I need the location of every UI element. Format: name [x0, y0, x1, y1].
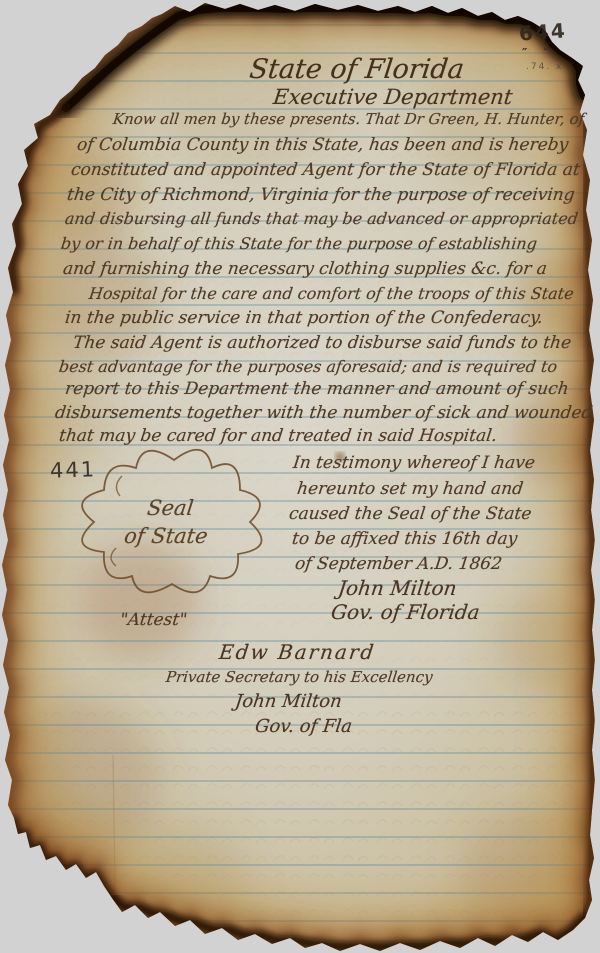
testimony-line: hereunto set my hand and [296, 481, 524, 498]
body-line: and furnishing the necessary clothing su… [62, 261, 548, 278]
body-line: Know all men by these presents. That Dr … [112, 112, 585, 127]
testimony-line: of September A.D. 1862 [294, 556, 503, 573]
document-page: 644 ″ ″ .74. x State of Florida Executiv… [0, 0, 600, 953]
body-line: report to this Department the manner and… [64, 381, 570, 398]
signature-governor-name: John Milton [337, 578, 458, 598]
signature2-name: John Milton [234, 693, 343, 711]
attest-label: "Attest" [119, 612, 188, 629]
body-line: The said Agent is authorized to disburse… [72, 335, 572, 352]
corner-pencil-note: .74. x [526, 62, 563, 72]
secretary-title: Private Secretary to his Excellency [165, 670, 433, 685]
archive-number: 441 [50, 457, 97, 483]
page-title: State of Florida [248, 56, 466, 83]
body-line: in the public service in that portion of… [64, 310, 544, 327]
testimony-line: In testimony whereof I have [292, 455, 536, 472]
testimony-line: to be affixed this 16th day [291, 531, 518, 548]
body-line: best advantage for the purposes aforesai… [58, 359, 558, 375]
body-line: disbursements together with the number o… [54, 405, 593, 422]
page-subtitle: Executive Department [272, 87, 514, 108]
testimony-line: caused the Seal of the State [288, 506, 532, 523]
signature-governor-title: Gov. of Florida [330, 602, 481, 622]
signature-secretary-name: Edw Barnard [218, 642, 377, 662]
signature2-title: Gov. of Fla [254, 718, 353, 736]
stamp-folio-number: 644 [518, 18, 567, 45]
body-line: Hospital for the care and comfort of the… [88, 286, 575, 302]
body-line: the City of Richmond, Virginia for the p… [66, 187, 576, 204]
seal-text-line1: Seal [146, 498, 195, 519]
corner-quote-marks: ″ ″ [522, 46, 555, 60]
seal-text-line2: of State [123, 526, 209, 547]
body-line: of Columbia County in this State, has be… [76, 137, 569, 154]
body-line: constituted and appointed Agent for the … [70, 162, 581, 179]
body-line: that may be cared for and treated in sai… [58, 428, 498, 445]
body-line: and disbursing all funds that may be adv… [64, 211, 579, 227]
body-line: by or in behalf of this State for the pu… [60, 236, 538, 252]
